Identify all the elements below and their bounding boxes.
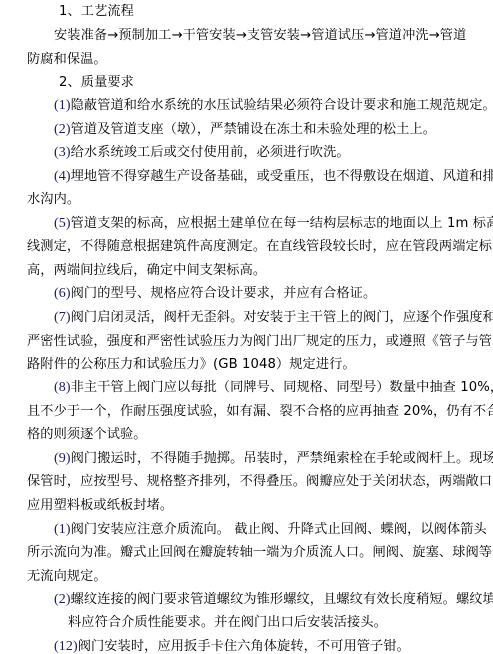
item-marker: (2) (54, 122, 71, 137)
section-heading-process: 1、工艺流程 (59, 4, 134, 20)
item-10-continuation: 无流向规定。 (27, 569, 107, 585)
item-5-continuation: 高，两端间拉线后，确定中间支架标高。 (27, 263, 266, 279)
item-12: (12)阀门安装时，应用扳手卡住六角体旋转，不可用管子钳。 (54, 639, 410, 654)
item-9-continuation: 保管时，应按型号、规格整齐排列，不得叠压。阀瓣应处于关闭状态，两端敞口 (27, 474, 492, 490)
item-7-continuation: 严密性试验，强度和严密性试验压力为阀门出厂规定的压力，或遵照《管子与管 (27, 334, 492, 350)
item-text: 阀门搬运时，不得随手抛掷。吊装时，严禁绳索栓在手轮或阀杆上。现场 (71, 451, 493, 466)
item-marker: (2) (54, 592, 71, 607)
item-9-continuation: 应用塑料板或纸板封堵。 (27, 498, 173, 514)
item-10: (1)阀门安装应注意介质流向。 截止阀、升降式止回阀、蝶阀，以阀体箭头 (54, 522, 487, 538)
item-marker: (1) (54, 522, 71, 537)
section-heading-quality: 2、质量要求 (59, 75, 134, 91)
item-text: 螺纹连接的阀门要求管道螺纹为锥形螺纹，且螺纹有效长度稍短。螺纹填 (71, 592, 493, 607)
item-7: (7)阀门启闭灵活，阀杆无歪斜。对安装于主干管上的阀门，应逐个作强度和 (54, 310, 493, 326)
process-flow-line-2: 防腐和保温。 (27, 52, 107, 68)
item-7-continuation: 路附件的公称压力和试验压力》(GB 1048）规定进行。 (27, 357, 356, 373)
item-6: (6)阀门的型号、规格应符合设计要求，并应有合格证。 (54, 286, 376, 302)
item-10-continuation: 所示流向为准。瓣式止回阀在瓣旋转轴一端为介质流人口。闸阀、旋塞、球阀等 (27, 545, 492, 561)
process-flow-line-1: 安装准备→预制加工→干管安装→支管安装→管道试压→管道冲洗→管道 (54, 28, 466, 44)
document-page: 1、工艺流程 安装准备→预制加工→干管安装→支管安装→管道试压→管道冲洗→管道 … (0, 0, 493, 654)
item-9: (9)阀门搬运时，不得随手抛掷。吊装时，严禁绳索栓在手轮或阀杆上。现场 (54, 451, 493, 467)
item-8-continuation: 且不少于一个，作耐压强度试验，如有漏、裂不合格的应再抽查 20%，仍有不合 (27, 404, 493, 420)
item-marker: (8) (54, 380, 71, 395)
item-marker: (4) (54, 169, 71, 184)
item-marker: (6) (54, 286, 71, 301)
item-text: 阀门的型号、规格应符合设计要求，并应有合格证。 (71, 286, 377, 301)
item-2: (2)管道及管道支座（墩），严禁铺设在冻土和未验处理的松土上。 (54, 122, 436, 138)
item-marker: (12) (54, 639, 78, 654)
item-8: (8)非主干管上阀门应以每批（同牌号、同规格、同型号）数量中抽查 10%， (54, 380, 493, 396)
item-text: 阀门安装时，应用扳手卡住六角体旋转，不可用管子钳。 (78, 639, 410, 654)
item-4: (4)埋地管不得穿越生产设备基础，或受重压，也不得敷设在烟道、风道和排 (54, 169, 493, 185)
item-marker: (7) (54, 310, 71, 325)
item-1: (1)隐蔽管道和给水系统的水压试验结果必须符合设计要求和施工规范规定。 (54, 98, 493, 114)
item-text: 隐蔽管道和给水系统的水压试验结果必须符合设计要求和施工规范规定。 (71, 98, 493, 113)
item-marker: (3) (54, 145, 71, 160)
item-5-continuation: 线测定，不得随意根据建筑件高度测定。在直线管段较长时，应在管段两端定标 (27, 239, 492, 255)
item-text: 管道支架的标高，应根据土建单位在每一结构层标志的地面以上 1m 标高 (71, 216, 493, 231)
item-5: (5)管道支架的标高，应根据土建单位在每一结构层标志的地面以上 1m 标高 (54, 216, 493, 232)
item-text: 给水系统竣工后或交付使用前，必须进行吹洗。 (71, 145, 350, 160)
item-text: 非主干管上阀门应以每批（同牌号、同规格、同型号）数量中抽查 10%， (71, 380, 493, 395)
item-marker: (5) (54, 216, 71, 231)
item-text: 阀门安装应注意介质流向。 截止阀、升降式止回阀、蝶阀，以阀体箭头 (71, 522, 487, 537)
item-text: 阀门启闭灵活，阀杆无歪斜。对安装于主干管上的阀门，应逐个作强度和 (71, 310, 493, 325)
item-8-continuation: 格的则须逐个试验。 (27, 427, 147, 443)
item-text: 管道及管道支座（墩），严禁铺设在冻土和未验处理的松土上。 (71, 122, 436, 137)
item-text: 埋地管不得穿越生产设备基础，或受重压，也不得敷设在烟道、风道和排 (71, 169, 493, 184)
item-3: (3)给水系统竣工后或交付使用前，必须进行吹洗。 (54, 145, 350, 161)
item-marker: (9) (54, 451, 71, 466)
item-marker: (1) (54, 98, 71, 113)
item-4-continuation: 水沟内。 (27, 192, 80, 208)
item-11: (2)螺纹连接的阀门要求管道螺纹为锥形螺纹，且螺纹有效长度稍短。螺纹填 (54, 592, 493, 608)
item-11-continuation: 料应符合介质性能要求。并在阀门出口后安装活接头。 (68, 615, 387, 631)
